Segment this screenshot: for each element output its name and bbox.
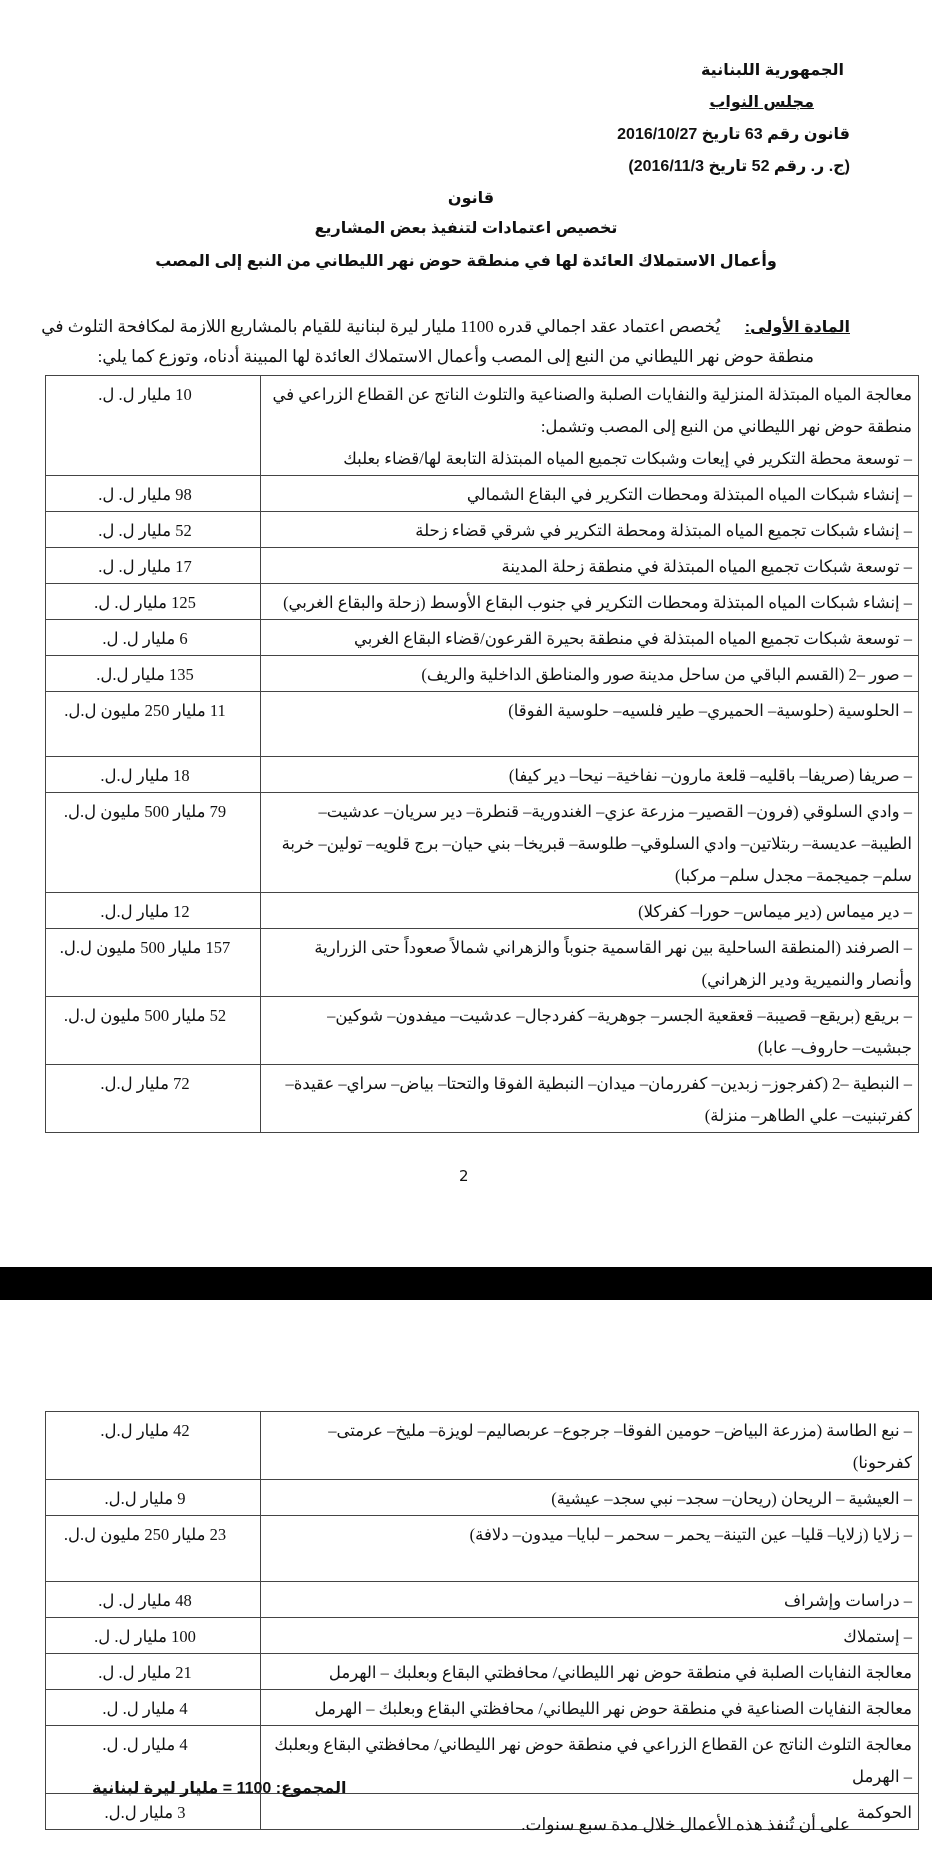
project-description: – إنشاء شبكات تجميع المياه المبتذلة ومحط… xyxy=(261,512,919,548)
allocated-amount: 21 مليار ل. ل. xyxy=(46,1654,261,1690)
law-title-line1: تخصيص اعتمادات لتنفيذ بعض المشاريع xyxy=(0,218,932,238)
table-row: – توسعة شبكات تجميع المياه المبتذلة في م… xyxy=(46,620,919,656)
allocated-amount: 98 مليار ل. ل. xyxy=(46,476,261,512)
republic-heading: الجمهورية اللبنانية xyxy=(701,60,844,80)
table-row: – إستملاك100 مليار ل. ل. xyxy=(46,1618,919,1654)
gazette-reference: (ج. ر. رقم 52 تاريخ 2016/11/3) xyxy=(628,156,850,176)
allocated-amount: 23 مليار 250 مليون ل.ل. xyxy=(46,1516,261,1582)
execution-period-note: على أن تُنفذ هذه الأعمال خلال مدة سبع سن… xyxy=(521,1815,850,1835)
allocated-amount: 72 مليار ل.ل. xyxy=(46,1065,261,1133)
allocated-amount: 11 مليار 250 مليون ل.ل. xyxy=(46,692,261,757)
table-row: – نبع الطاسة (مزرعة البياض– حومين الفوقا… xyxy=(46,1412,919,1480)
allocated-amount: 135 مليار ل.ل. xyxy=(46,656,261,692)
table-row: – دير ميماس (دير ميماس– حورا– كفركلا)12 … xyxy=(46,893,919,929)
table-row: – صور –2 (القسم الباقي من ساحل مدينة صور… xyxy=(46,656,919,692)
project-description: – الصرفند (المنطقة الساحلية بين نهر القا… xyxy=(261,929,919,997)
project-description: – وادي السلوقي (فرون– القصير– مزرعة عزي–… xyxy=(261,793,919,893)
project-description: – النبطية –2 (كفرجوز– زبدين– كفررمان– مي… xyxy=(261,1065,919,1133)
allocation-table-page-2: معالجة المياه المبتذلة المنزلية والنفايا… xyxy=(45,375,919,1133)
table-row: – النبطية –2 (كفرجوز– زبدين– كفررمان– مي… xyxy=(46,1065,919,1133)
table-row: معالجة النفايات الصناعية في منطقة حوض نه… xyxy=(46,1690,919,1726)
table-row: – إنشاء شبكات المياه المبتذلة ومحطات الت… xyxy=(46,584,919,620)
project-description: – إنشاء شبكات المياه المبتذلة ومحطات الت… xyxy=(261,476,919,512)
project-description: معالجة المياه المبتذلة المنزلية والنفايا… xyxy=(261,376,919,476)
allocated-amount: 3 مليار ل.ل. xyxy=(46,1794,261,1830)
table-row: – الصرفند (المنطقة الساحلية بين نهر القا… xyxy=(46,929,919,997)
allocated-amount: 42 مليار ل.ل. xyxy=(46,1412,261,1480)
table-row: – زلايا (زلايا– قليا– عين التينة– يحمر –… xyxy=(46,1516,919,1582)
allocated-amount: 52 مليار ل. ل. xyxy=(46,512,261,548)
page-separator xyxy=(0,1267,932,1300)
table-row: – دراسات وإشراف48 مليار ل. ل. xyxy=(46,1582,919,1618)
allocated-amount: 48 مليار ل. ل. xyxy=(46,1582,261,1618)
law-title-line2: وأعمال الاستملاك العائدة لها في منطقة حو… xyxy=(0,251,932,271)
parliament-heading: مجلس النواب xyxy=(709,92,814,112)
table-row: – بريقع (بريقع– قصيبة– قعقعية الجسر– جوه… xyxy=(46,997,919,1065)
allocated-amount: 4 مليار ل. ل. xyxy=(46,1690,261,1726)
table-row: – وادي السلوقي (فرون– القصير– مزرعة عزي–… xyxy=(46,793,919,893)
table-row: – الحلوسية (حلوسية– الحميري– طير فلسيه– … xyxy=(46,692,919,757)
table-row: – العيشية – الريحان (ريحان– سجد– نبي سجد… xyxy=(46,1480,919,1516)
allocated-amount: 10 مليار ل. ل. xyxy=(46,376,261,476)
table-row: – توسعة شبكات تجميع المياه المبتذلة في م… xyxy=(46,548,919,584)
project-description: – العيشية – الريحان (ريحان– سجد– نبي سجد… xyxy=(261,1480,919,1516)
project-description: – توسعة شبكات تجميع المياه المبتذلة في م… xyxy=(261,548,919,584)
project-description: – صريفا (صريفا– باقليه– قلعة مارون– نفاخ… xyxy=(261,757,919,793)
allocation-table-page-3: – نبع الطاسة (مزرعة البياض– حومين الفوقا… xyxy=(45,1411,919,1830)
project-description: – دير ميماس (دير ميماس– حورا– كفركلا) xyxy=(261,893,919,929)
project-description: معالجة التلوث الناتج عن القطاع الزراعي ف… xyxy=(261,1726,919,1794)
project-description: معالجة النفايات الصلبة في منطقة حوض نهر … xyxy=(261,1654,919,1690)
allocated-amount: 79 مليار 500 مليون ل.ل. xyxy=(46,793,261,893)
project-description: معالجة النفايات الصناعية في منطقة حوض نه… xyxy=(261,1690,919,1726)
project-description: – إستملاك xyxy=(261,1618,919,1654)
article-1-text: يُخصص اعتماد عقد اجمالي قدره 1100 مليار … xyxy=(41,317,720,336)
article-1-line1: المادة الأولى: يُخصص اعتماد عقد اجمالي ق… xyxy=(40,317,850,337)
allocated-amount: 6 مليار ل. ل. xyxy=(46,620,261,656)
law-kind: قانون xyxy=(5,188,932,208)
article-1-label: المادة الأولى: xyxy=(745,319,850,336)
project-description: – دراسات وإشراف xyxy=(261,1582,919,1618)
project-description: – الحلوسية (حلوسية– الحميري– طير فلسيه– … xyxy=(261,692,919,757)
project-description: – بريقع (بريقع– قصيبة– قعقعية الجسر– جوه… xyxy=(261,997,919,1065)
page-number: 2 xyxy=(459,1167,469,1185)
table-row: – صريفا (صريفا– باقليه– قلعة مارون– نفاخ… xyxy=(46,757,919,793)
allocated-amount: 100 مليار ل. ل. xyxy=(46,1618,261,1654)
table-row: معالجة المياه المبتذلة المنزلية والنفايا… xyxy=(46,376,919,476)
allocated-amount: 157 مليار 500 مليون ل.ل. xyxy=(46,929,261,997)
table-row: – إنشاء شبكات تجميع المياه المبتذلة ومحط… xyxy=(46,512,919,548)
project-description: – توسعة شبكات تجميع المياه المبتذلة في م… xyxy=(261,620,919,656)
allocated-amount: 12 مليار ل.ل. xyxy=(46,893,261,929)
allocated-amount: 125 مليار ل. ل. xyxy=(46,584,261,620)
allocated-amount: 18 مليار ل.ل. xyxy=(46,757,261,793)
project-description: – صور –2 (القسم الباقي من ساحل مدينة صور… xyxy=(261,656,919,692)
allocated-amount: 17 مليار ل. ل. xyxy=(46,548,261,584)
table-row: معالجة النفايات الصلبة في منطقة حوض نهر … xyxy=(46,1654,919,1690)
article-1-line2: منطقة حوض نهر الليطاني من النبع إلى المص… xyxy=(98,347,814,367)
law-number: قانون رقم 63 تاريخ 2016/10/27 xyxy=(617,124,850,144)
project-description: – إنشاء شبكات المياه المبتذلة ومحطات الت… xyxy=(261,584,919,620)
allocated-amount: 9 مليار ل.ل. xyxy=(46,1480,261,1516)
allocated-amount: 52 مليار 500 مليون ل.ل. xyxy=(46,997,261,1065)
project-description: – نبع الطاسة (مزرعة البياض– حومين الفوقا… xyxy=(261,1412,919,1480)
project-description: – زلايا (زلايا– قليا– عين التينة– يحمر –… xyxy=(261,1516,919,1582)
table-row: – إنشاء شبكات المياه المبتذلة ومحطات الت… xyxy=(46,476,919,512)
total-amount: المجموع: 1100 = مليار ليرة لبنانية xyxy=(92,1778,347,1798)
